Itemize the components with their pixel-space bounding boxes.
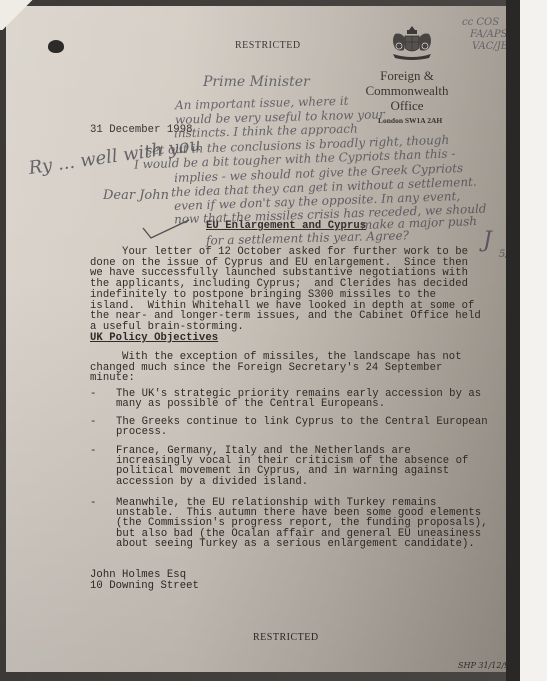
addressee-name: John Holmes Esq bbox=[90, 570, 186, 581]
initials-date: 5/1 bbox=[499, 249, 506, 260]
classification-bottom: RESTRICTED bbox=[253, 632, 319, 643]
classification-top: RESTRICTED bbox=[235, 40, 301, 51]
section-intro-line: changed much since the Foreign Secretary… bbox=[90, 363, 442, 374]
bullet-line: process. bbox=[116, 427, 167, 438]
bullet-line: accession by a divided island. bbox=[116, 477, 308, 488]
scan-margin bbox=[520, 0, 547, 681]
bullet-line: many as possible of the Central European… bbox=[116, 399, 385, 410]
org-line-2: Commonwealth bbox=[357, 83, 457, 98]
intro-line: a useful brain-storming. bbox=[90, 322, 244, 333]
org-line-1: Foreign & bbox=[357, 68, 457, 83]
section-heading: UK Policy Objectives bbox=[90, 333, 218, 344]
initials-mark: J bbox=[483, 228, 492, 253]
salutation: Dear John bbox=[103, 188, 169, 203]
cc-line-3: VAC/JB bbox=[472, 41, 506, 52]
cc-line-1: cc COS bbox=[462, 17, 499, 28]
punch-hole bbox=[48, 40, 64, 53]
section-intro-line: minute: bbox=[90, 373, 135, 384]
bullet-line: The Greeks continue to link Cyprus to th… bbox=[116, 417, 488, 428]
section-intro-line: With the exception of missiles, the land… bbox=[90, 352, 462, 363]
intro-line: Your letter of 12 October asked for furt… bbox=[90, 247, 468, 258]
bullet-dash: - bbox=[90, 417, 96, 428]
bullet-dash: - bbox=[90, 498, 96, 509]
addressee-address: 10 Downing Street bbox=[90, 581, 199, 592]
page-corner bbox=[0, 0, 50, 30]
checkmark-icon bbox=[141, 218, 191, 240]
intro-line: indefinitely to postpone bringing S300 m… bbox=[90, 290, 436, 301]
bullet-dash: - bbox=[90, 389, 96, 400]
bullet-line: about seeing Turkey as a serious enlarge… bbox=[116, 539, 475, 550]
letter-page: RESTRICTED Foreign & Commonwealth Office… bbox=[6, 6, 506, 672]
cc-line-2: FA/APS bbox=[470, 29, 506, 40]
bullet-dash: - bbox=[90, 446, 96, 457]
scan-edge bbox=[506, 0, 520, 681]
letterhead-address: London SW1A 2AH bbox=[378, 116, 442, 125]
royal-coat-of-arms-icon bbox=[387, 24, 437, 62]
pm-header-note: Prime Minister bbox=[203, 74, 310, 90]
footer-note: SHP 31/12/98 bbox=[458, 661, 506, 670]
